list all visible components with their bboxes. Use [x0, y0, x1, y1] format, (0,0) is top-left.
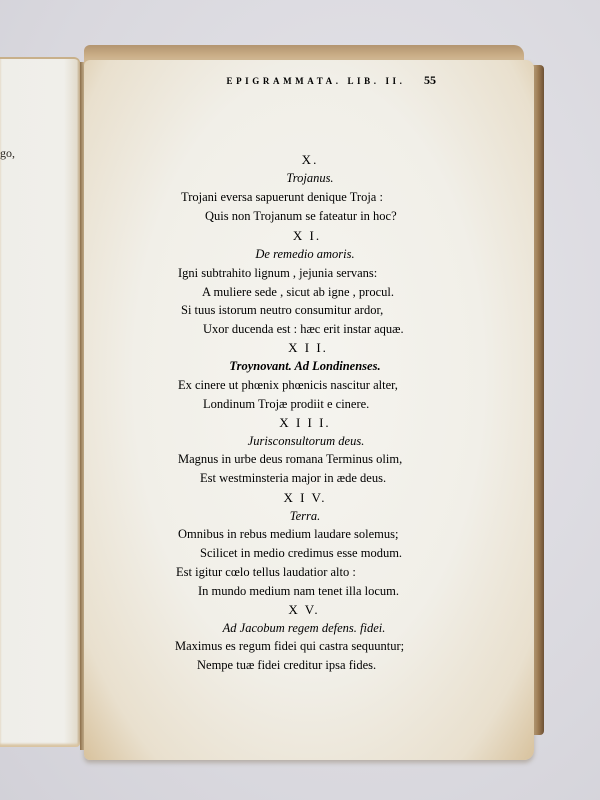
running-head: EPIGRAMMATA. LIB. II. [200, 76, 432, 86]
epigram-title: Terra. [290, 510, 320, 523]
verse-line: Quis non Trojanum se fateatur in hoc? [205, 210, 397, 223]
verse-line: Trojani eversa sapuerunt denique Troja : [181, 191, 383, 204]
epigram-numeral: X I. [293, 229, 321, 242]
page-number: 55 [424, 73, 436, 88]
verse-line: Si tuus istorum neutro consumitur ardor, [181, 304, 383, 317]
verse-line: Omnibus in rebus medium laudare solemus; [178, 528, 398, 541]
epigram-title: Troynovant. Ad Londinenses. [229, 360, 380, 373]
epigram-numeral: X. [302, 153, 319, 166]
epigram-numeral: X V. [288, 603, 319, 616]
verse-line: Ex cinere ut phœnix phœnicis nascitur al… [178, 379, 398, 392]
verse-line: Est westminsteria major in æde deus. [200, 472, 386, 485]
epigram-numeral: X I V. [284, 491, 327, 504]
epigram-numeral: X I I I. [279, 416, 330, 429]
left-page-text-fragment: go, [0, 146, 15, 161]
verse-line: Maximus es regum fidei qui castra sequun… [175, 640, 404, 653]
epigram-title: Jurisconsultorum deus. [248, 435, 365, 448]
epigram-numeral: X I I. [288, 341, 328, 354]
verse-line: In mundo medium nam tenet illa locum. [198, 585, 399, 598]
verse-line: Scilicet in medio credimus esse modum. [200, 547, 402, 560]
verse-line: Londinum Trojæ prodiit e cinere. [203, 398, 369, 411]
verse-line: Nempe tuæ fidei creditur ipsa fides. [197, 659, 376, 672]
verse-line: A muliere sede , sicut ab igne , procul. [202, 286, 394, 299]
epigram-title: Trojanus. [286, 172, 333, 185]
epigram-title: Ad Jacobum regem defens. fidei. [223, 622, 386, 635]
verse-line: Igni subtrahito lignum , jejunia servans… [178, 267, 377, 280]
verse-line: Uxor ducenda est : hæc erit instar aquæ. [203, 323, 404, 336]
verse-line: Magnus in urbe deus romana Terminus olim… [178, 453, 402, 466]
verse-line: Est igitur cœlo tellus laudatior alto : [176, 566, 356, 579]
epigram-title: De remedio amoris. [255, 248, 354, 261]
